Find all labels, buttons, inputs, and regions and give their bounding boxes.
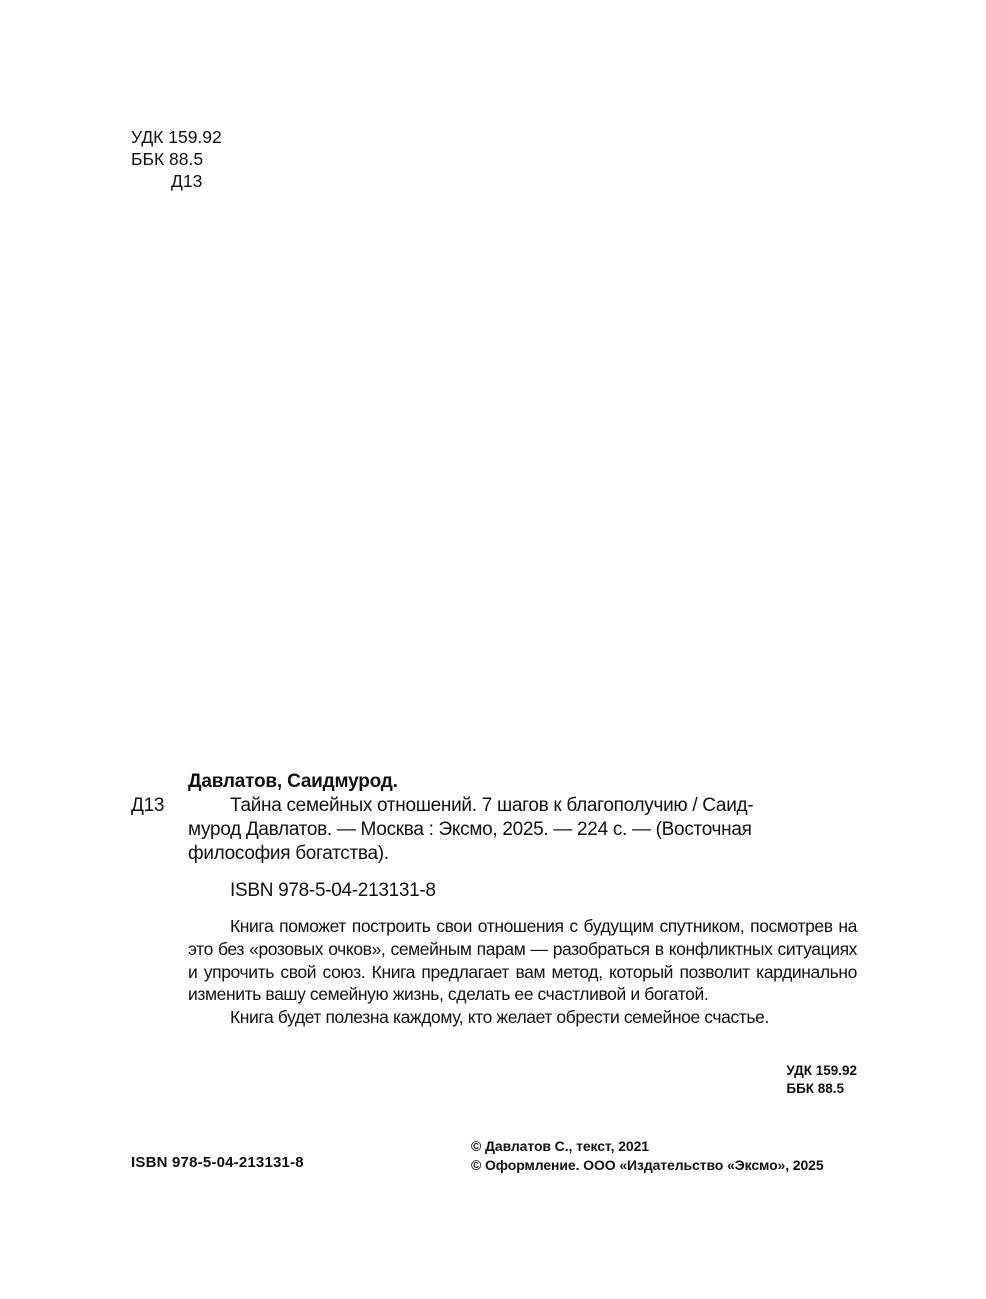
author-heading: Давлатов, Саидмурод. <box>131 770 857 794</box>
bibliographic-line: мурод Давлатов. — Москва : Эксмо, 2025. … <box>188 818 857 842</box>
bbk-code-bottom: ББК 88.5 <box>786 1080 857 1098</box>
bibliographic-entry: Давлатов, Саидмурод. Д13 Тайна семейных … <box>131 770 857 866</box>
author-mark-side: Д13 <box>131 794 164 818</box>
bibliographic-line: философия богатства). <box>188 842 857 866</box>
bibliographic-line: Тайна семейных отношений. 7 шагов к благ… <box>188 794 857 818</box>
udk-code-bottom: УДК 159.92 <box>786 1062 857 1080</box>
udk-code: УДК 159.92 <box>131 126 222 148</box>
isbn-entry: ISBN 978-5-04-213131-8 <box>230 880 436 902</box>
author-mark: Д13 <box>131 170 222 192</box>
copyright-block: © Давлатов С., текст, 2021 © Оформление.… <box>471 1137 824 1175</box>
isbn-footer: ISBN 978-5-04-213131-8 <box>131 1154 304 1171</box>
bbk-code: ББК 88.5 <box>131 148 222 170</box>
annotation-paragraph: Книга поможет построить свои отношения с… <box>188 915 857 1006</box>
classification-codes-top: УДК 159.92 ББК 88.5 Д13 <box>131 126 222 192</box>
copyright-line: © Оформление. ООО «Издательство «Эксмо»,… <box>471 1156 824 1175</box>
annotation-paragraph: Книга будет полезна каждому, кто желает … <box>188 1006 857 1029</box>
bibliographic-description: Д13 Тайна семейных отношений. 7 шагов к … <box>131 794 857 866</box>
copyright-line: © Давлатов С., текст, 2021 <box>471 1137 824 1156</box>
classification-codes-bottom: УДК 159.92 ББК 88.5 <box>786 1062 857 1098</box>
annotation: Книга поможет построить свои отношения с… <box>188 915 857 1029</box>
